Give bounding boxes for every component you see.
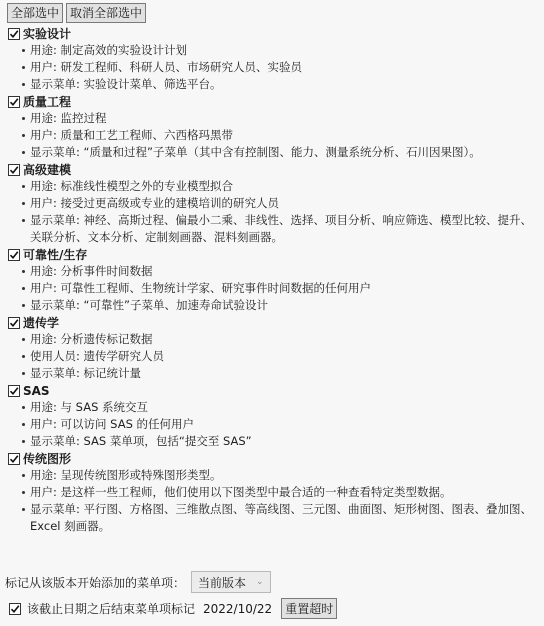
section-title: 可靠性/生存 <box>23 246 87 263</box>
section-header[interactable]: 遗传学 <box>8 314 538 331</box>
section-legacy-graphs: 传统图形 用途: 呈现传统图形或特殊图形类型。 用户: 是这样一些工程师，他们使… <box>8 450 538 535</box>
section-title: 遗传学 <box>23 314 59 331</box>
checkmark-icon <box>9 165 19 175</box>
section-items: 用途: 监控过程 用户: 质量和工艺工程师、六西格玛黑带 显示菜单: “质量和过… <box>8 110 538 161</box>
checkmark-icon <box>9 386 19 396</box>
section-title: 高级建模 <box>23 161 71 178</box>
list-item: 用途: 标准线性模型之外的专业模型拟合 <box>8 178 538 195</box>
section-header[interactable]: 可靠性/生存 <box>8 246 538 263</box>
section-items: 用途: 分析遗传标记数据 使用人员: 遗传学研究人员 显示菜单: 标记统计量 <box>8 331 538 382</box>
bullet-icon <box>22 338 25 341</box>
version-select-value: 当前版本 <box>198 574 246 591</box>
list-item: 用途: 呈现传统图形或特殊图形类型。 <box>8 467 538 484</box>
bullet-icon <box>22 49 25 52</box>
checkmark-icon <box>9 97 19 107</box>
version-select[interactable]: 当前版本 ⌄ <box>191 571 271 593</box>
section-header[interactable]: 质量工程 <box>8 93 538 110</box>
end-date: 2022/10/22 <box>203 602 272 616</box>
list-item: 用户: 接受过更高级或专业的建模培训的研究人员 <box>8 195 538 212</box>
item-text: 用途: 与 SAS 系统交互 <box>30 400 148 414</box>
chevron-down-icon: ⌄ <box>256 577 264 587</box>
list-item: 用户: 质量和工艺工程师、六西格玛黑带 <box>8 127 538 144</box>
item-text: 用途: 标准线性模型之外的专业模型拟合 <box>30 179 233 193</box>
list-item: 用途: 分析遗传标记数据 <box>8 331 538 348</box>
checkmark-icon <box>9 318 19 328</box>
section-header[interactable]: 高级建模 <box>8 161 538 178</box>
section-advanced-modeling: 高级建模 用途: 标准线性模型之外的专业模型拟合 用户: 接受过更高级或专业的建… <box>8 161 538 246</box>
list-item: 显示菜单: 平行图、方格图、三维散点图、等高线图、三元图、曲面图、矩形树图、图表… <box>8 501 538 535</box>
item-text: 显示菜单: “可靠性”子菜单、加速寿命试验设计 <box>30 298 268 312</box>
bullet-icon <box>22 270 25 273</box>
section-items: 用途: 与 SAS 系统交互 用户: 可以访问 SAS 的任何用户 显示菜单: … <box>8 399 538 450</box>
list-item: 显示菜单: 神经、高斯过程、偏最小二乘、非线性、选择、项目分析、响应筛选、模型比… <box>8 212 538 246</box>
version-mark-row: 标记从该版本开始添加的菜单项： 当前版本 ⌄ <box>5 571 271 593</box>
section-items: 用途: 呈现传统图形或特殊图形类型。 用户: 是这样一些工程师，他们使用以下图类… <box>8 467 538 535</box>
bullet-icon <box>22 117 25 120</box>
bullet-icon <box>22 491 25 494</box>
bullet-icon <box>22 372 25 375</box>
bullet-icon <box>22 151 25 154</box>
bullet-icon <box>22 508 25 511</box>
section-title: 实验设计 <box>23 25 71 42</box>
toolbar: 全部选中 取消全部选中 <box>7 3 146 23</box>
section-title: 传统图形 <box>23 450 71 467</box>
item-text: 用户: 可以访问 SAS 的任何用户 <box>30 417 194 431</box>
menu-sections: 实验设计 用途: 制定高效的实验设计计划 用户: 研发工程师、科研人员、市场研究… <box>8 25 538 535</box>
item-text: 用途: 制定高效的实验设计计划 <box>30 43 187 57</box>
list-item: 显示菜单: 标记统计量 <box>8 365 538 382</box>
section-genetics: 遗传学 用途: 分析遗传标记数据 使用人员: 遗传学研究人员 显示菜单: 标记统… <box>8 314 538 382</box>
section-header[interactable]: SAS <box>8 382 538 399</box>
item-text: 显示菜单: 实验设计菜单、筛选平台。 <box>30 77 222 91</box>
bullet-icon <box>22 406 25 409</box>
list-item: 用途: 与 SAS 系统交互 <box>8 399 538 416</box>
section-header[interactable]: 传统图形 <box>8 450 538 467</box>
section-checkbox[interactable] <box>8 317 20 329</box>
bullet-icon <box>22 185 25 188</box>
end-mark-label: 该截止日期之后结束菜单项标记 <box>27 600 195 617</box>
item-text: 用途: 分析遗传标记数据 <box>30 332 153 346</box>
section-items: 用途: 分析事件时间数据 用户: 可靠性工程师、生物统计学家、研究事件时间数据的… <box>8 263 538 314</box>
section-checkbox[interactable] <box>8 249 20 261</box>
reset-timeout-button[interactable]: 重置超时 <box>281 598 337 619</box>
checkmark-icon <box>10 604 20 614</box>
item-text: 用户: 研发工程师、科研人员、市场研究人员、实验员 <box>30 60 302 74</box>
item-text: 使用人员: 遗传学研究人员 <box>30 349 164 363</box>
list-item: 用途: 监控过程 <box>8 110 538 127</box>
list-item: 显示菜单: SAS 菜单项，包括“提交至 SAS” <box>8 433 538 450</box>
bullet-icon <box>22 440 25 443</box>
section-header[interactable]: 实验设计 <box>8 25 538 42</box>
item-text: 显示菜单: SAS 菜单项，包括“提交至 SAS” <box>30 434 252 448</box>
section-reliability: 可靠性/生存 用途: 分析事件时间数据 用户: 可靠性工程师、生物统计学家、研究… <box>8 246 538 314</box>
bullet-icon <box>22 355 25 358</box>
list-item: 显示菜单: “质量和过程”子菜单（其中含有控制图、能力、测量系统分析、石川因果图… <box>8 144 538 161</box>
item-text: 用途: 监控过程 <box>30 111 107 125</box>
section-checkbox[interactable] <box>8 28 20 40</box>
deselect-all-button[interactable]: 取消全部选中 <box>66 3 146 23</box>
item-text: 用户: 是这样一些工程师，他们使用以下图类型中最合适的一种查看特定类型数据。 <box>30 485 452 499</box>
bullet-icon <box>22 287 25 290</box>
list-item: 用户: 可以访问 SAS 的任何用户 <box>8 416 538 433</box>
select-all-button[interactable]: 全部选中 <box>7 3 63 23</box>
section-doe: 实验设计 用途: 制定高效的实验设计计划 用户: 研发工程师、科研人员、市场研究… <box>8 25 538 93</box>
bullet-icon <box>22 304 25 307</box>
section-sas: SAS 用途: 与 SAS 系统交互 用户: 可以访问 SAS 的任何用户 显示… <box>8 382 538 450</box>
list-item: 用户: 研发工程师、科研人员、市场研究人员、实验员 <box>8 59 538 76</box>
section-checkbox[interactable] <box>8 453 20 465</box>
list-item: 用途: 分析事件时间数据 <box>8 263 538 280</box>
item-text: 用户: 接受过更高级或专业的建模培训的研究人员 <box>30 196 279 210</box>
list-item: 使用人员: 遗传学研究人员 <box>8 348 538 365</box>
item-text: 用途: 分析事件时间数据 <box>30 264 153 278</box>
end-mark-row: 该截止日期之后结束菜单项标记 2022/10/22 重置超时 <box>9 598 337 619</box>
bullet-icon <box>22 474 25 477</box>
bullet-icon <box>22 219 25 222</box>
section-checkbox[interactable] <box>8 164 20 176</box>
item-text: 显示菜单: 标记统计量 <box>30 366 141 380</box>
checkmark-icon <box>9 29 19 39</box>
item-text: 用途: 呈现传统图形或特殊图形类型。 <box>30 468 222 482</box>
end-mark-checkbox[interactable] <box>9 603 21 615</box>
section-checkbox[interactable] <box>8 96 20 108</box>
item-text: 显示菜单: “质量和过程”子菜单（其中含有控制图、能力、测量系统分析、石川因果图… <box>30 145 481 159</box>
section-checkbox[interactable] <box>8 385 20 397</box>
list-item: 显示菜单: “可靠性”子菜单、加速寿命试验设计 <box>8 297 538 314</box>
section-items: 用途: 制定高效的实验设计计划 用户: 研发工程师、科研人员、市场研究人员、实验… <box>8 42 538 93</box>
bullet-icon <box>22 83 25 86</box>
list-item: 显示菜单: 实验设计菜单、筛选平台。 <box>8 76 538 93</box>
checkmark-icon <box>9 250 19 260</box>
item-text: 用户: 可靠性工程师、生物统计学家、研究事件时间数据的任何用户 <box>30 281 371 295</box>
section-title: 质量工程 <box>23 93 71 110</box>
bullet-icon <box>22 66 25 69</box>
list-item: 用户: 可靠性工程师、生物统计学家、研究事件时间数据的任何用户 <box>8 280 538 297</box>
section-items: 用途: 标准线性模型之外的专业模型拟合 用户: 接受过更高级或专业的建模培训的研… <box>8 178 538 246</box>
version-mark-label: 标记从该版本开始添加的菜单项： <box>5 574 185 591</box>
bullet-icon <box>22 134 25 137</box>
section-title: SAS <box>23 384 50 398</box>
item-text: 用户: 质量和工艺工程师、六西格玛黑带 <box>30 128 233 142</box>
item-text: 显示菜单: 平行图、方格图、三维散点图、等高线图、三元图、曲面图、矩形树图、图表… <box>30 502 532 533</box>
item-text: 显示菜单: 神经、高斯过程、偏最小二乘、非线性、选择、项目分析、响应筛选、模型比… <box>30 213 532 244</box>
list-item: 用户: 是这样一些工程师，他们使用以下图类型中最合适的一种查看特定类型数据。 <box>8 484 538 501</box>
bullet-icon <box>22 202 25 205</box>
bullet-icon <box>22 423 25 426</box>
section-quality: 质量工程 用途: 监控过程 用户: 质量和工艺工程师、六西格玛黑带 显示菜单: … <box>8 93 538 161</box>
list-item: 用途: 制定高效的实验设计计划 <box>8 42 538 59</box>
checkmark-icon <box>9 454 19 464</box>
